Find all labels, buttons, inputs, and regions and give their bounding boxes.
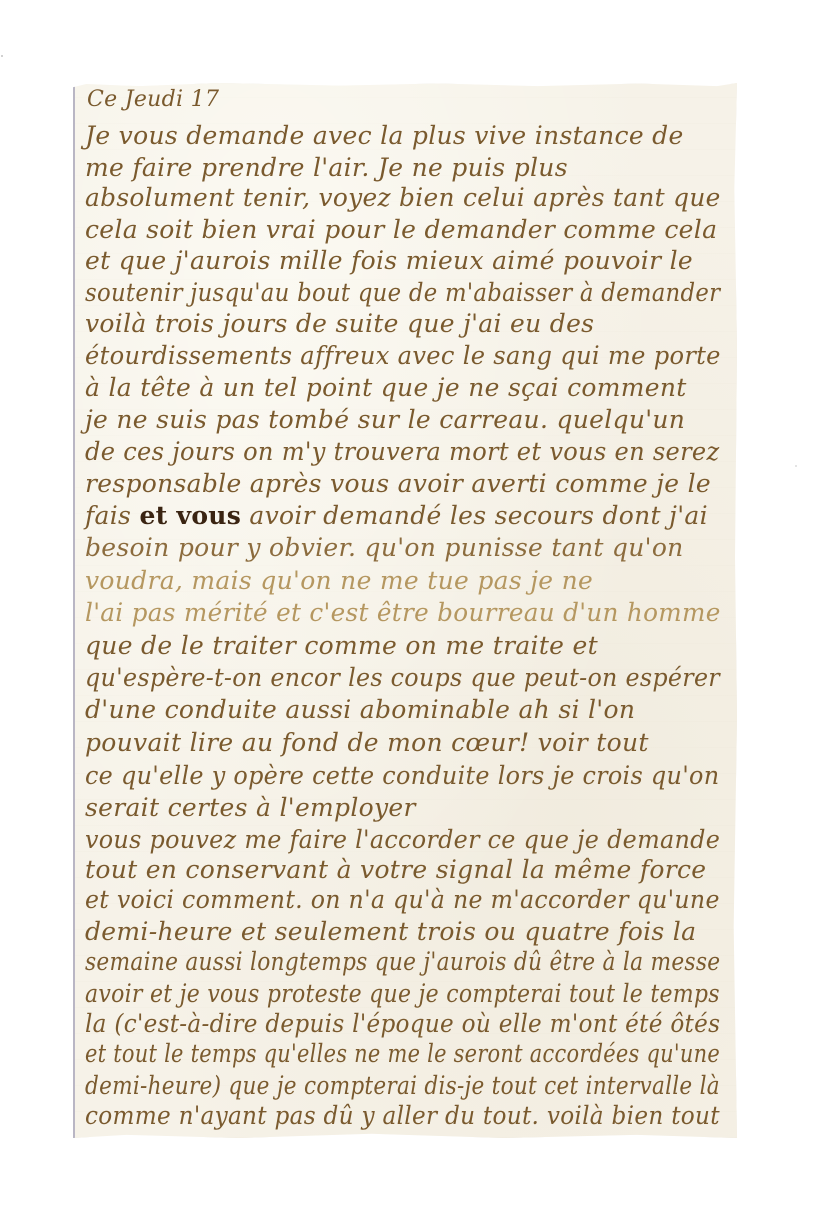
manuscript-page: Ce Jeudi 17 Je vous demande avec la plus… <box>73 83 737 1138</box>
text-line: à la tête à un tel point que je ne sçai … <box>85 373 687 402</box>
text-line: soutenir jusqu'au bout que de m'abaisser… <box>85 278 720 307</box>
text-line: je ne suis pas tombé sur le carreau. que… <box>85 405 685 434</box>
text-line: l'ai pas mérité et c'est être bourreau d… <box>85 598 721 627</box>
text-line: la (c'est-à-dire depuis l'époque où elle… <box>85 1009 720 1038</box>
text-line: et que j'aurois mille fois mieux aimé po… <box>85 246 693 275</box>
text-line: et tout le temps qu'elles ne me le seron… <box>85 1039 720 1068</box>
handwritten-text: Ce Jeudi 17 Je vous demande avec la plus… <box>75 83 737 1138</box>
text-line: ce qu'elle y opère cette conduite lors j… <box>85 761 719 790</box>
text-line: voilà trois jours de suite que j'ai eu d… <box>85 309 594 338</box>
text-line: pouvait lire au fond de mon cœur! voir t… <box>85 728 649 757</box>
text-line: responsable après vous avoir averti comm… <box>85 469 711 498</box>
text-line: voudra, mais qu'on ne me tue pas je ne <box>85 566 593 595</box>
text-line: qu'espère-t-on encor les coups que peut-… <box>85 663 720 692</box>
text-line-with-insert: fais et vous avoir demandé les secours d… <box>85 501 708 530</box>
letter-date: Ce Jeudi 17 <box>87 87 219 112</box>
text-fragment: avoir demandé les secours dont j'ai <box>249 501 707 530</box>
text-line: besoin pour y obvier. qu'on punisse tant… <box>85 533 684 562</box>
text-line: Je vous demande avec la plus vive instan… <box>85 121 684 150</box>
dark-ink-insert: et vous <box>139 501 241 530</box>
text-line: de ces jours on m'y trouvera mort et vou… <box>85 437 719 466</box>
text-line: demi-heure et seulement trois ou quatre … <box>85 917 696 946</box>
text-line: et voici comment. on n'a qu'à ne m'accor… <box>85 885 720 914</box>
dust-speck <box>1 55 3 57</box>
text-fragment: fais <box>85 501 131 530</box>
text-line: avoir et je vous proteste que je compter… <box>85 979 720 1008</box>
text-line: semaine aussi longtemps que j'aurois dû … <box>85 947 720 976</box>
text-line: absolument tenir, voyez bien celui après… <box>85 183 721 212</box>
text-line: demi-heure) que je compterai dis-je tout… <box>85 1071 720 1100</box>
text-line: étourdissements affreux avec le sang qui… <box>85 341 721 370</box>
text-line: serait certes à l'employer <box>85 793 416 822</box>
text-line: cela soit bien vrai pour le demander com… <box>85 215 717 244</box>
text-line: d'une conduite aussi abominable ah si l'… <box>85 695 635 724</box>
dust-speck <box>795 465 797 467</box>
text-line: tout en conservant à votre signal la mêm… <box>85 855 706 884</box>
text-line: me faire prendre l'air. Je ne puis plus <box>85 153 568 182</box>
text-line: vous pouvez me faire l'accorder ce que j… <box>85 825 720 854</box>
text-line: que de le traiter comme on me traite et <box>85 631 598 660</box>
text-line: comme n'ayant pas dû y aller du tout. vo… <box>85 1101 720 1130</box>
